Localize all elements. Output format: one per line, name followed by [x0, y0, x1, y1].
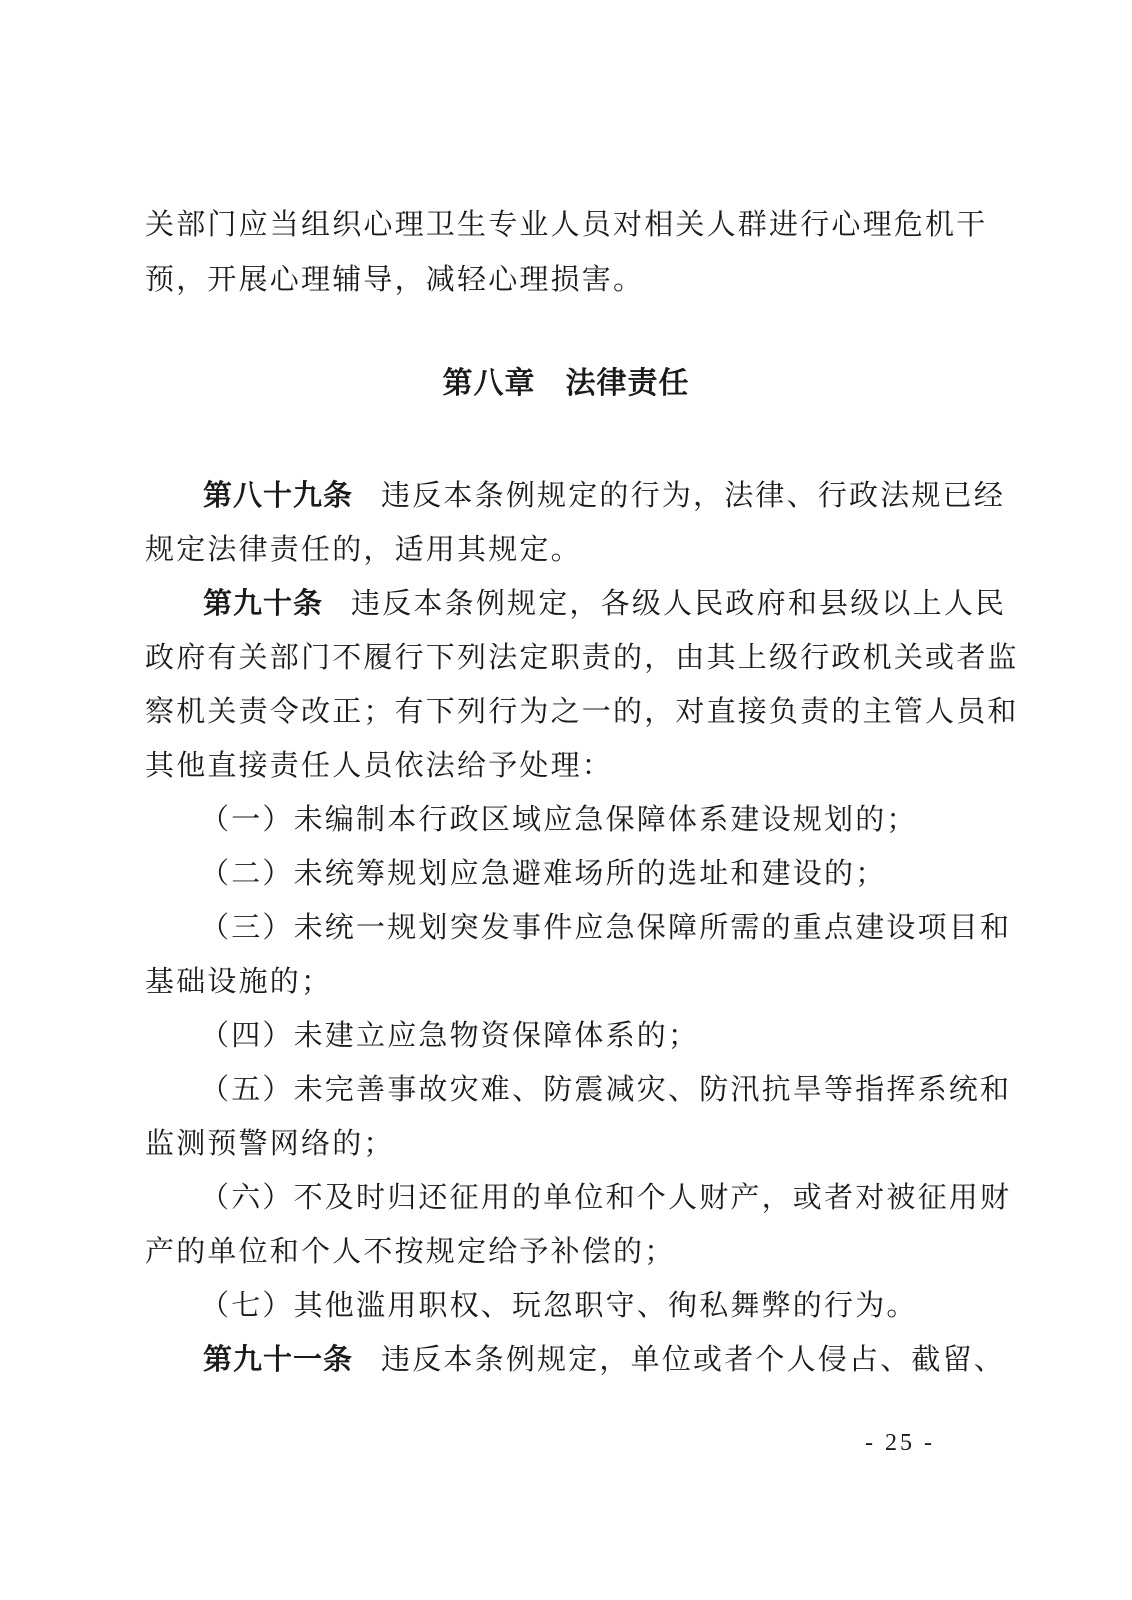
- list-item-3-continuation: 基础设施的；: [145, 961, 985, 1001]
- paragraph-continuation-line: 预，开展心理辅导，减轻心理损害。: [145, 259, 985, 299]
- chapter-number: 第八章: [443, 366, 536, 401]
- paragraph-continuation-line: 关部门应当组织心理卫生专业人员对相关人群进行心理危机干: [145, 204, 985, 244]
- list-item-3: （三）未统一规划突发事件应急保障所需的重点建设项目和: [200, 907, 1040, 947]
- article-90: 第九十条违反本条例规定，各级人民政府和县级以上人民: [203, 583, 1043, 623]
- chapter-title: 法律责任: [566, 366, 690, 401]
- article-label: 第八十九条: [203, 478, 353, 512]
- list-item-6-continuation: 产的单位和个人不按规定给予补偿的；: [145, 1231, 985, 1271]
- list-item-2: （二）未统筹规划应急避难场所的选址和建设的；: [200, 853, 1040, 893]
- list-item-5-continuation: 监测预警网络的；: [145, 1123, 985, 1163]
- article-90-line: 其他直接责任人员依法给予处理：: [145, 745, 985, 785]
- article-label: 第九十一条: [203, 1342, 353, 1376]
- article-89-line: 规定法律责任的，适用其规定。: [145, 529, 985, 569]
- article-label: 第九十条: [203, 586, 323, 620]
- document-page: 关部门应当组织心理卫生专业人员对相关人群进行心理危机干 预，开展心理辅导，减轻心…: [0, 0, 1132, 1600]
- list-item-6: （六）不及时归还征用的单位和个人财产，或者对被征用财: [200, 1177, 1040, 1217]
- list-item-4: （四）未建立应急物资保障体系的；: [200, 1015, 1040, 1055]
- article-90-line: 政府有关部门不履行下列法定职责的，由其上级行政机关或者监: [145, 637, 985, 677]
- list-item-5: （五）未完善事故灾难、防震减灾、防汛抗旱等指挥系统和: [200, 1069, 1040, 1109]
- article-90-line: 察机关责令改正；有下列行为之一的，对直接负责的主管人员和: [145, 691, 985, 731]
- article-text: 违反本条例规定，单位或者个人侵占、截留、: [381, 1342, 1005, 1376]
- article-text: 违反本条例规定，各级人民政府和县级以上人民: [351, 586, 1006, 620]
- article-text: 违反本条例规定的行为，法律、行政法规已经: [381, 478, 1005, 512]
- list-item-7: （七）其他滥用职权、玩忽职守、徇私舞弊的行为。: [200, 1285, 1040, 1325]
- page-number: - 25 -: [865, 1428, 935, 1458]
- list-item-1: （一）未编制本行政区域应急保障体系建设规划的；: [200, 799, 1040, 839]
- chapter-heading: 第八章法律责任: [0, 362, 1132, 406]
- article-91: 第九十一条违反本条例规定，单位或者个人侵占、截留、: [203, 1339, 1043, 1379]
- article-89: 第八十九条违反本条例规定的行为，法律、行政法规已经: [203, 475, 1043, 515]
